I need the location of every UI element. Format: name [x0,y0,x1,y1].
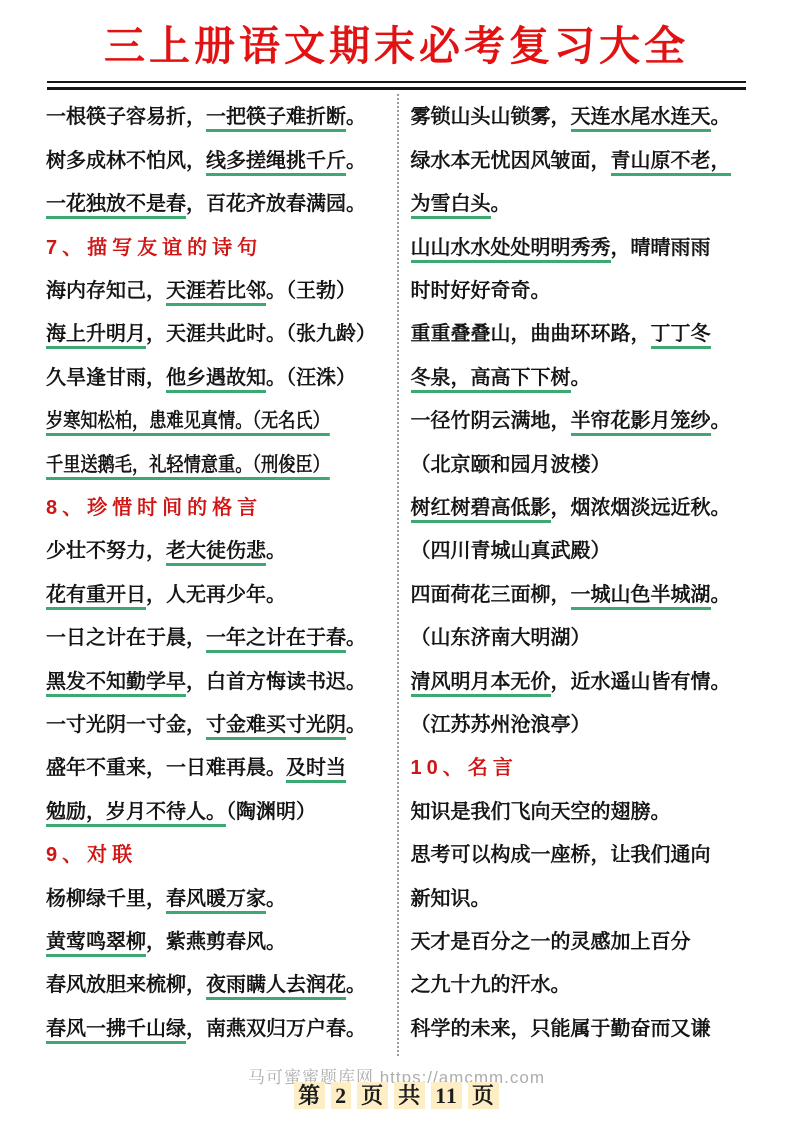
text-line: 岁寒知松柏，患难见真情。（无名氏） [46,400,344,443]
plain-text: ，南燕双归万户春。 [186,1018,366,1040]
plain-text: 。 [711,584,731,606]
page-number: 第2页共11页 [0,1079,793,1110]
plain-text: 思考可以构成一座桥，让我们通向 [411,844,711,866]
plain-text: 雾锁山头山锁雾， [411,106,571,128]
text-line: （北京颐和园月波楼） [411,444,756,487]
underlined-text: 海上升明月 [46,323,146,349]
text-line: 海内存知己，天涯若比邻。（王勃） [46,270,393,313]
text-line: 少壮不努力，老大徒伤悲。 [46,530,393,573]
plain-text: 重重叠叠山，曲曲环环路， [411,323,651,345]
plain-text: 。 [491,193,511,215]
text-line: 知识是我们飞向天空的翅膀。 [411,791,756,834]
plain-text: 。 [711,106,731,128]
plain-text: （陶渊明） [226,801,316,823]
underlined-text: 丁丁冬 [651,323,711,349]
text-line: 冬泉，高高下下树。 [411,357,756,400]
underlined-text: 山山水水处处明明秀秀 [411,237,611,263]
text-line: 绿水本无忧因风皱面，青山原不老， [411,140,756,183]
plain-text: 天才是百分之一的灵感加上百分 [411,931,691,953]
plain-text: 杨柳绿千里， [46,888,166,910]
text-line: 为雪白头。 [411,183,756,226]
text-line: 黑发不知勤学早，白首方悔读书迟。 [46,661,393,704]
underlined-text: 冬泉，高高下下树 [411,367,571,393]
plain-text: 。 [266,888,286,910]
underlined-text: 一花独放不是春 [46,193,186,219]
page-label-token: 页 [468,1082,499,1109]
plain-text: 。 [346,714,366,736]
underlined-text: 千里送鹅毛，礼轻情意重。（刑俊臣） [46,454,330,480]
text-line: 新知识。 [411,878,756,921]
text-line: 一日之计在于晨，一年之计在于春。 [46,617,393,660]
plain-text: 绿水本无忧因风皱面， [411,150,611,172]
section-header: 7、描写友谊的诗句 [46,227,393,270]
page-title: 三上册语文期末必考复习大全 [0,0,793,73]
text-line: 时时好好奇奇。 [411,270,756,313]
plain-text: 。 [346,106,366,128]
text-line: 久旱逢甘雨，他乡遇故知。（汪洙） [46,357,393,400]
plain-text: 。 [711,410,731,432]
underlined-text: 一年之计在于春 [206,627,346,653]
text-line: 之九十九的汗水。 [411,964,756,1007]
text-line: 盛年不重来，一日难再晨。及时当 [46,747,393,790]
underlined-text: 老大徒伤悲 [166,540,266,566]
text-line: 一径竹阴云满地，半帘花影月笼纱。 [411,400,756,443]
plain-text: 海内存知己， [46,280,166,302]
plain-text: ，烟浓烟淡远近秋。 [551,497,731,519]
underlined-text: 半帘花影月笼纱 [571,410,711,436]
page-label-token: 页 [357,1082,388,1109]
text-line: 重重叠叠山，曲曲环环路，丁丁冬 [411,313,756,356]
plain-text: 。 [571,367,591,389]
plain-text: 。 [266,540,286,562]
plain-text: 少壮不努力， [46,540,166,562]
text-line: 春风放胆来梳柳，夜雨瞒人去润花。 [46,964,393,1007]
plain-text: ，紫燕剪春风。 [146,931,286,953]
plain-text: 。 [346,627,366,649]
page-label-token: 2 [331,1082,351,1109]
underlined-text: 夜雨瞒人去润花 [206,974,346,1000]
section-header: 9、对联 [46,834,393,877]
plain-text: （江苏苏州沧浪亭） [411,714,591,736]
plain-text: 一日之计在于晨， [46,627,206,649]
text-line: 海上升明月，天涯共此时。（张九龄） [46,313,393,356]
underlined-text: 清风明月本无价 [411,671,551,697]
underlined-text: 一把筷子难折断 [206,106,346,132]
underlined-text: 树红树碧高低影 [411,497,551,523]
text-line: 树红树碧高低影，烟浓烟淡远近秋。 [411,487,756,530]
underlined-text: 天涯若比邻 [166,280,266,306]
text-line: 思考可以构成一座桥，让我们通向 [411,834,756,877]
plain-text: 盛年不重来，一日难再晨。 [46,757,286,779]
text-line: 花有重开日，人无再少年。 [46,574,393,617]
plain-text: ，近水遥山皆有情。 [551,671,731,693]
underlined-text: 岁寒知松柏，患难见真情。（无名氏） [46,410,330,436]
underlined-text: 春风暖万家 [166,888,266,914]
text-line: 一花独放不是春，百花齐放春满园。 [46,183,393,226]
plain-text: 之九十九的汗水。 [411,974,571,996]
plain-text: 新知识。 [411,888,491,910]
underlined-text: 天连水尾水连天 [571,106,711,132]
underlined-text: 青山原不老， [611,150,731,176]
text-line: 天才是百分之一的灵感加上百分 [411,921,756,964]
plain-text: 一径竹阴云满地， [411,410,571,432]
underlined-text: 黑发不知勤学早 [46,671,186,697]
plain-text: （北京颐和园月波楼） [411,454,611,476]
underlined-text: 春风一拂千山绿 [46,1018,186,1044]
text-line: （江苏苏州沧浪亭） [411,704,756,747]
section-header: 8、珍惜时间的格言 [46,487,393,530]
underlined-text: 线多搓绳挑千斤 [206,150,346,176]
plain-text: ，晴晴雨雨 [611,237,711,259]
plain-text: 久旱逢甘雨， [46,367,166,389]
text-line: 科学的未来，只能属于勤奋而又谦 [411,1008,756,1051]
text-line: 春风一拂千山绿，南燕双归万户春。 [46,1008,393,1051]
section-header: 10、名言 [411,747,756,790]
plain-text: 。（汪洙） [266,367,356,389]
left-column: 一根筷子容易折，一把筷子难折断。树多成林不怕风，线多搓绳挑千斤。一花独放不是春，… [0,94,397,1056]
page-label-token: 第 [294,1082,325,1109]
text-line: （四川青城山真武殿） [411,530,756,573]
plain-text: 时时好好奇奇。 [411,280,551,302]
text-line: 雾锁山头山锁雾，天连水尾水连天。 [411,96,756,139]
text-line: 山山水水处处明明秀秀，晴晴雨雨 [411,227,756,270]
text-line: 勉励，岁月不待人。（陶渊明） [46,791,393,834]
plain-text: 树多成林不怕风， [46,150,206,172]
underlined-text: 及时当 [286,757,346,783]
text-line: 千里送鹅毛，礼轻情意重。（刑俊臣） [46,444,344,487]
plain-text: ，百花齐放春满园。 [186,193,366,215]
plain-text: ，人无再少年。 [146,584,286,606]
underlined-text: 为雪白头 [411,193,491,219]
plain-text: 四面荷花三面柳， [411,584,571,606]
plain-text: 科学的未来，只能属于勤奋而又谦 [411,1018,711,1040]
plain-text: ，天涯共此时。（张九龄） [146,323,376,345]
plain-text: ，白首方悔读书迟。 [186,671,366,693]
plain-text: 一寸光阴一寸金， [46,714,206,736]
text-line: 一根筷子容易折，一把筷子难折断。 [46,96,393,139]
plain-text: 春风放胆来梳柳， [46,974,206,996]
underlined-text: 黄莺鸣翠柳 [46,931,146,957]
plain-text: 一根筷子容易折， [46,106,206,128]
plain-text: （四川青城山真武殿） [411,540,611,562]
plain-text: （山东济南大明湖） [411,627,591,649]
underlined-text: 一城山色半城湖 [571,584,711,610]
text-line: 黄莺鸣翠柳，紫燕剪春风。 [46,921,393,964]
underlined-text: 他乡遇故知 [166,367,266,393]
text-line: 杨柳绿千里，春风暖万家。 [46,878,393,921]
plain-text: 。（王勃） [266,280,356,302]
text-line: 树多成林不怕风，线多搓绳挑千斤。 [46,140,393,183]
text-line: （山东济南大明湖） [411,617,756,660]
right-column: 雾锁山头山锁雾，天连水尾水连天。绿水本无忧因风皱面，青山原不老，为雪白头。山山水… [397,94,793,1056]
plain-text: 。 [346,150,366,172]
underlined-text: 勉励，岁月不待人。 [46,801,226,827]
text-line: 四面荷花三面柳，一城山色半城湖。 [411,574,756,617]
text-line: 清风明月本无价，近水遥山皆有情。 [411,661,756,704]
underlined-text: 花有重开日 [46,584,146,610]
plain-text: 。 [346,974,366,996]
page-label-token: 11 [431,1082,462,1109]
title-divider [47,81,746,90]
content-columns: 一根筷子容易折，一把筷子难折断。树多成林不怕风，线多搓绳挑千斤。一花独放不是春，… [0,94,793,1056]
page-label-token: 共 [394,1082,425,1109]
underlined-text: 寸金难买寸光阴 [206,714,346,740]
text-line: 一寸光阴一寸金，寸金难买寸光阴。 [46,704,393,747]
plain-text: 知识是我们飞向天空的翅膀。 [411,801,671,823]
